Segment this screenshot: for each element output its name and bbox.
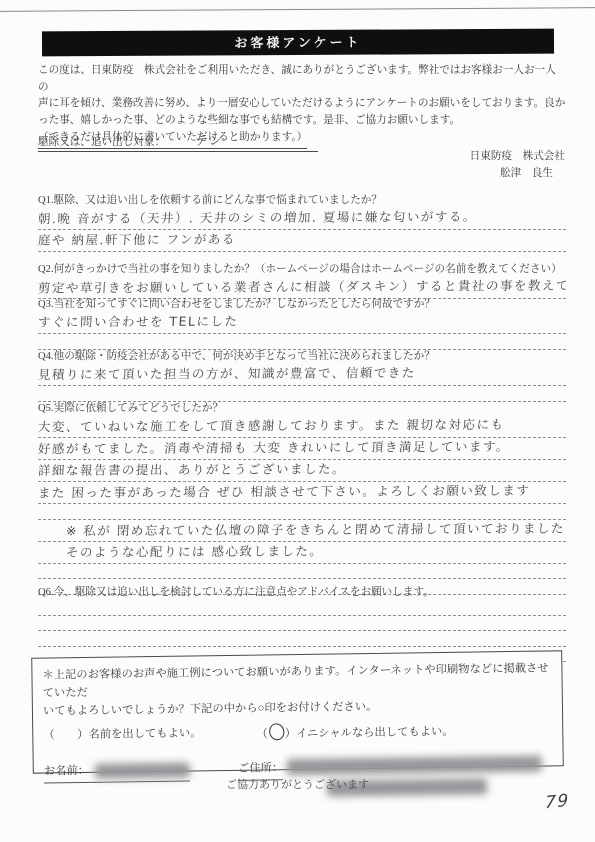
handwritten-circle-mark-icon: [267, 722, 286, 742]
company-name: 日東防疫 株式会社: [470, 148, 565, 165]
option-allow-initials-paren-open: （: [256, 728, 267, 740]
question-q2-label: Q2.何がきっかけで当社の事を知りましたか？（ホームページの場合はホームページの…: [38, 261, 566, 276]
q5-answer-line-4: また 困った事があった場合 ぜひ 相談させて下さい。よろしくお願い致します: [38, 482, 566, 504]
question-q6-label: Q6.今、駆除又は追い出しを検討している方に注意点やアドバイスをお願いします。: [38, 584, 566, 599]
q5-note-line-2: そのような心配りには 感心致しました。: [38, 542, 566, 564]
removal-target-label: 駆除又は、追い出し対象：: [38, 137, 165, 148]
option-allow-name-paren: （ ）: [43, 729, 88, 742]
redacted-address-line-1: [287, 756, 542, 776]
question-q3: Q3.当社を知ってすぐに問い合わせをしましたか？しなかったとしたら何故ですか？ …: [38, 296, 566, 350]
question-q3-label: Q3.当社を知ってすぐに問い合わせをしましたか？しなかったとしたら何故ですか？: [38, 296, 566, 311]
question-q4-label: Q4.他の駆除・防疫会社がある中で、何が決め手となって当社に決められましたか？: [38, 348, 566, 363]
q5-note-line-1: ※ 私が 閉め忘れていた仏壇の障子をきちんと閉めて清掃して頂いておりました: [38, 520, 566, 542]
company-signature: 日東防疫 株式会社 舩津 良生: [470, 148, 565, 182]
q5-answer-line-2: 好感がもてました。消毒や清掃も 大変 きれいにして頂き満足しています。: [38, 438, 566, 460]
q3-answer-line-1: すぐに問い合わせを TELにした: [38, 312, 566, 334]
option-allow-name: （ ）名前を出してもよい。: [43, 724, 201, 746]
question-q5-label: Q5.実際に依頼してみてどうでしたか？: [38, 400, 566, 415]
company-person-name: 舩津 良生: [470, 165, 565, 182]
q1-answer-line-2: 庭や 納屋.軒下他に フンがある: [38, 230, 566, 252]
q6-empty-line-2: [38, 616, 566, 632]
q6-empty-line-1: [38, 600, 566, 616]
q6-empty-line-3: [38, 631, 566, 647]
question-q2: Q2.何がきっかけで当社の事を知りましたか？（ホームページの場合はホームページの…: [38, 261, 566, 299]
q5-empty-line-1: [38, 504, 566, 520]
q5-answer-line-1: 大変、ていねいな施工をして頂き感謝しております。また 親切な対応にも: [38, 416, 566, 438]
survey-title-bar: お客様アンケート: [42, 29, 554, 57]
scan-artifact-line: [0, 7, 595, 12]
q4-answer-line-1: 見積りに来て頂いた担当の方が、知識が豊富で、信頼できた: [38, 364, 566, 386]
survey-title: お客様アンケート: [234, 35, 361, 51]
q5-answer-line-3: 詳細な報告書の提出、ありがとうございました。: [38, 460, 566, 482]
removal-target-handwritten-value: テン: [194, 130, 224, 149]
permission-options: （ ）名前を出してもよい。 （）イニシャルなら出してもよい。: [43, 719, 552, 746]
publication-permission-box: ＊上記のお客様のお声や施工例についてお願いがあります。インターネットや印刷物など…: [31, 650, 564, 773]
q1-answer-line-1: 朝.晩 音がする（天井）. 天井のシミの増加. 夏場に嫌な匂いがする。: [38, 208, 566, 230]
intro-line-3: った事、嬉しかった事、どのような些細な事でも結構です。是非、ご協力お願いします。: [38, 113, 566, 130]
question-q1: Q1.駆除、又は追い出しを依頼する前にどんな事で悩まれていましたか？ 朝.晩 音…: [38, 192, 566, 252]
option-allow-name-label: 名前を出してもよい。: [88, 727, 201, 741]
thank-you-message: ご協力ありがとうございます: [0, 776, 595, 792]
option-allow-initials: （）イニシャルなら出してもよい。: [256, 721, 453, 744]
q5-empty-line-2: [38, 564, 566, 580]
intro-line-1: この度は、日東防疫 株式会社をご利用いただき、誠にありがとうございます。弊社では…: [38, 63, 566, 96]
intro-line-2: 声に耳を傾け、業務改善に努め、より一層安心していただけるようにアンケートのお願い…: [38, 96, 566, 113]
option-allow-initials-label: イニシャルなら出してもよい。: [296, 726, 454, 740]
scanned-survey-page: お客様アンケート この度は、日東防疫 株式会社をご利用いただき、誠にありがとうご…: [0, 0, 595, 842]
question-q4: Q4.他の駆除・防疫会社がある中で、何が決め手となって当社に決められましたか？ …: [38, 348, 566, 402]
question-q6: Q6.今、駆除又は追い出しを検討している方に注意点やアドバイスをお願いします。: [38, 584, 566, 662]
handwritten-page-number: 79: [545, 791, 570, 814]
removal-target-row: 駆除又は、追い出し対象：テン: [38, 130, 318, 152]
option-allow-initials-paren-close: ）: [285, 728, 296, 740]
question-q5: Q5.実際に依頼してみてどうでしたか？ 大変、ていねいな施工をして頂き感謝してお…: [38, 400, 566, 595]
question-q1-label: Q1.駆除、又は追い出しを依頼する前にどんな事で悩まれていましたか？: [38, 192, 566, 207]
